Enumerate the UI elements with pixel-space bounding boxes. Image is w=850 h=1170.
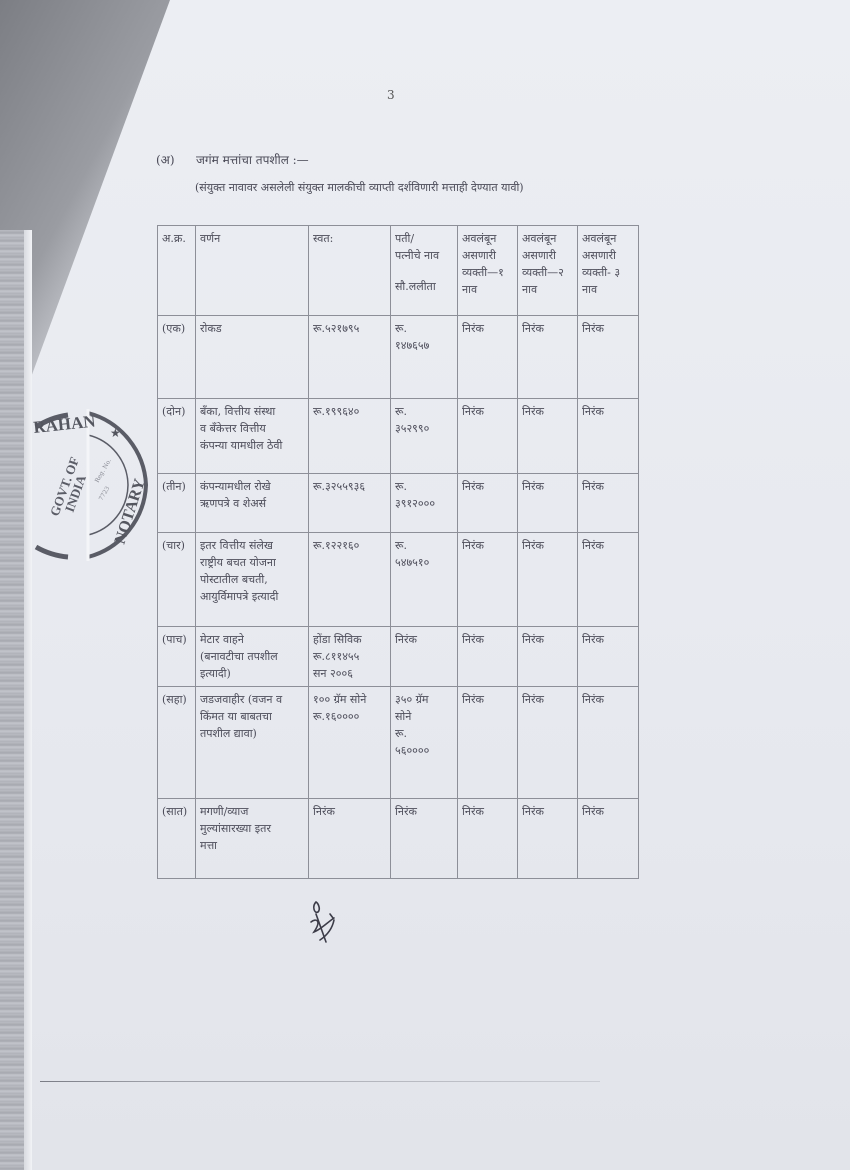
cell-text: सोने bbox=[395, 708, 453, 725]
column-header: अ.क्र. bbox=[158, 226, 196, 316]
cell-text: रू.१२२१६० bbox=[313, 537, 386, 554]
table-cell: रू.१९९६४० bbox=[309, 399, 391, 474]
cell-text: निरंक bbox=[462, 478, 513, 495]
movable-assets-table: अ.क्र.वर्णनस्वत:पती/पत्नीचे नावसौ.ललीताअ… bbox=[157, 225, 639, 879]
cell-text: तपशील द्यावा) bbox=[200, 725, 304, 742]
table-cell: इतर वित्तीय संलेखराष्ट्रीय बचत योजनापोस्… bbox=[196, 533, 309, 627]
column-header-text: असणारी bbox=[462, 247, 513, 264]
cell-text: निरंक bbox=[582, 691, 634, 708]
cell-text: निरंक bbox=[395, 803, 453, 820]
column-header-text bbox=[395, 264, 453, 278]
cell-text: निरंक bbox=[522, 478, 573, 495]
cell-text: ऋणपत्रे व शेअर्स bbox=[200, 495, 304, 512]
table-cell: मेटार वाहने(बनावटीचा तपशीलइत्यादी) bbox=[196, 627, 309, 687]
cell-text: (पाच) bbox=[162, 631, 191, 648]
table-cell: निरंक bbox=[391, 799, 458, 879]
table-cell: जडजवाहीर (वजन वकिंमत या बाबतचातपशील द्या… bbox=[196, 687, 309, 799]
table-cell: ३५० ग्रॅमसोनेरू.५६०००० bbox=[391, 687, 458, 799]
cell-text: निरंक bbox=[462, 803, 513, 820]
column-header-text: अवलंबून bbox=[582, 230, 634, 247]
column-header-text: सौ.ललीता bbox=[395, 278, 453, 295]
table-cell: रू.१४७६५७ bbox=[391, 316, 458, 399]
cell-text: कंपन्यामधील रोखे bbox=[200, 478, 304, 495]
cell-text: रू. bbox=[395, 403, 453, 420]
cell-text: रू. bbox=[395, 537, 453, 554]
cell-text: किंमत या बाबतचा bbox=[200, 708, 304, 725]
table-cell: (एक) bbox=[158, 316, 196, 399]
column-header-text: अ.क्र. bbox=[162, 230, 191, 247]
table-cell: निरंक bbox=[578, 316, 639, 399]
section-title: जगंम मत्तांचा तपशील :— bbox=[196, 153, 309, 167]
table-cell: निरंक bbox=[518, 316, 578, 399]
table-cell: निरंक bbox=[578, 474, 639, 533]
section-note: (संयुक्त नावावर असलेली संयुक्त मालकीची व… bbox=[195, 180, 524, 195]
column-header: स्वत: bbox=[309, 226, 391, 316]
table-row: (सात)मगणी/व्याजमुल्यांसारख्या इतरमत्तानि… bbox=[158, 799, 639, 879]
cell-text: ३५० ग्रॅम bbox=[395, 691, 453, 708]
table-cell: निरंक bbox=[458, 474, 518, 533]
cell-text: ५६०००० bbox=[395, 742, 453, 759]
cell-text: निरंक bbox=[522, 691, 573, 708]
column-header: अवलंबूनअसणारीव्यक्ती—२नाव bbox=[518, 226, 578, 316]
cell-text: आयुर्विमापत्रे इत्यादी bbox=[200, 588, 304, 605]
table-row: (दोन)बँका, वित्तीय संस्थाव बँकेत्तर वित्… bbox=[158, 399, 639, 474]
scanner-edge-strip bbox=[0, 230, 24, 1170]
column-header: वर्णन bbox=[196, 226, 309, 316]
table-cell: निरंक bbox=[309, 799, 391, 879]
column-header-text: व्यक्ती—२ bbox=[522, 264, 573, 281]
table-row: (चार)इतर वित्तीय संलेखराष्ट्रीय बचत योजन… bbox=[158, 533, 639, 627]
table-cell: निरंक bbox=[578, 687, 639, 799]
cell-text: निरंक bbox=[462, 403, 513, 420]
column-header-text: अवलंबून bbox=[462, 230, 513, 247]
table-cell: निरंक bbox=[458, 799, 518, 879]
cell-text: रू.१९९६४० bbox=[313, 403, 386, 420]
cell-text: निरंक bbox=[313, 803, 386, 820]
cell-text: होंडा सिविक bbox=[313, 631, 386, 648]
svg-text:★: ★ bbox=[110, 426, 121, 440]
table-cell: १०० ग्रॅम सोनेरू.१६०००० bbox=[309, 687, 391, 799]
cell-text: निरंक bbox=[522, 403, 573, 420]
cell-text: (चार) bbox=[162, 537, 191, 554]
column-header: अवलंबूनअसणारीव्यक्ती—१नाव bbox=[458, 226, 518, 316]
cell-text: निरंक bbox=[462, 320, 513, 337]
column-header: अवलंबूनअसणारीव्यक्ती- ३नाव bbox=[578, 226, 639, 316]
cell-text: (तीन) bbox=[162, 478, 191, 495]
table-cell: रू.३५२९९० bbox=[391, 399, 458, 474]
faint-scan-line bbox=[40, 1081, 600, 1082]
table-cell: निरंक bbox=[578, 399, 639, 474]
table-cell: निरंक bbox=[458, 533, 518, 627]
table-cell: निरंक bbox=[518, 399, 578, 474]
cell-text: मत्ता bbox=[200, 837, 304, 854]
cell-text: ५४७५१० bbox=[395, 554, 453, 571]
cell-text: निरंक bbox=[582, 537, 634, 554]
cell-text: मगणी/व्याज bbox=[200, 803, 304, 820]
cell-text: रू. bbox=[395, 320, 453, 337]
cell-text: (सहा) bbox=[162, 691, 191, 708]
page-number: 3 bbox=[387, 88, 395, 102]
cell-text: १०० ग्रॅम सोने bbox=[313, 691, 386, 708]
cell-text: निरंक bbox=[462, 631, 513, 648]
table-cell: रू.५२१७९५ bbox=[309, 316, 391, 399]
table-row: (एक)रोकडरू.५२१७९५रू.१४७६५७निरंकनिरंकनिरं… bbox=[158, 316, 639, 399]
cell-text: रू.३२५५९३६ bbox=[313, 478, 386, 495]
column-header-text: असणारी bbox=[582, 247, 634, 264]
table-cell: रू.३२५५९३६ bbox=[309, 474, 391, 533]
cell-text: रू.८११४५५ bbox=[313, 648, 386, 665]
cell-text: निरंक bbox=[522, 537, 573, 554]
cell-text: रू.१६०००० bbox=[313, 708, 386, 725]
table-row: (तीन)कंपन्यामधील रोखेऋणपत्रे व शेअर्सरू.… bbox=[158, 474, 639, 533]
column-header-text: नाव bbox=[522, 281, 573, 298]
cell-text: (दोन) bbox=[162, 403, 191, 420]
cell-text: रू. bbox=[395, 725, 453, 742]
cell-text: मेटार वाहने bbox=[200, 631, 304, 648]
table-cell: निरंक bbox=[518, 687, 578, 799]
table-cell: निरंक bbox=[458, 687, 518, 799]
table-row: (पाच)मेटार वाहने(बनावटीचा तपशीलइत्यादी)ह… bbox=[158, 627, 639, 687]
column-header: पती/पत्नीचे नावसौ.ललीता bbox=[391, 226, 458, 316]
table-cell: रू.३९१२००० bbox=[391, 474, 458, 533]
table-cell: निरंक bbox=[518, 799, 578, 879]
scanner-edge-highlight bbox=[24, 230, 32, 1170]
svg-text:Reg. No.: Reg. No. bbox=[94, 458, 113, 484]
cell-text: निरंक bbox=[582, 803, 634, 820]
table-cell: (चार) bbox=[158, 533, 196, 627]
cell-text: निरंक bbox=[522, 631, 573, 648]
cell-text: निरंक bbox=[462, 691, 513, 708]
cell-text: ३५२९९० bbox=[395, 420, 453, 437]
cell-text: (बनावटीचा तपशील bbox=[200, 648, 304, 665]
cell-text: राष्ट्रीय बचत योजना bbox=[200, 554, 304, 571]
column-header-text: पत्नीचे नाव bbox=[395, 247, 453, 264]
cell-text: इत्यादी) bbox=[200, 665, 304, 682]
table-cell: (पाच) bbox=[158, 627, 196, 687]
table-header-row: अ.क्र.वर्णनस्वत:पती/पत्नीचे नावसौ.ललीताअ… bbox=[158, 226, 639, 316]
cell-text: (एक) bbox=[162, 320, 191, 337]
table-cell: मगणी/व्याजमुल्यांसारख्या इतरमत्ता bbox=[196, 799, 309, 879]
table-cell: निरंक bbox=[391, 627, 458, 687]
column-header-text: नाव bbox=[582, 281, 634, 298]
column-header-text: पती/ bbox=[395, 230, 453, 247]
table-cell: निरंक bbox=[578, 627, 639, 687]
section-heading: (अ)जगंम मत्तांचा तपशील :— bbox=[156, 151, 309, 168]
table-cell: होंडा सिविकरू.८११४५५सन २००६ bbox=[309, 627, 391, 687]
table-cell: बँका, वित्तीय संस्थाव बँकेत्तर वित्तीयकं… bbox=[196, 399, 309, 474]
column-header-text: असणारी bbox=[522, 247, 573, 264]
cell-text: जडजवाहीर (वजन व bbox=[200, 691, 304, 708]
column-header-text: वर्णन bbox=[200, 230, 304, 247]
cell-text: पोस्टातील बचती, bbox=[200, 571, 304, 588]
handwritten-signature-icon bbox=[306, 900, 346, 950]
cell-text: निरंक bbox=[582, 631, 634, 648]
cell-text: निरंक bbox=[522, 320, 573, 337]
table-cell: (दोन) bbox=[158, 399, 196, 474]
cell-text: निरंक bbox=[582, 320, 634, 337]
table-cell: निरंक bbox=[458, 399, 518, 474]
table-cell: निरंक bbox=[578, 799, 639, 879]
table-cell: निरंक bbox=[578, 533, 639, 627]
svg-text:7723: 7723 bbox=[98, 485, 112, 502]
table-cell: निरंक bbox=[458, 627, 518, 687]
cell-text: रू. bbox=[395, 478, 453, 495]
section-label: (अ) bbox=[156, 151, 196, 168]
table-cell: निरंक bbox=[458, 316, 518, 399]
column-header-text: अवलंबून bbox=[522, 230, 573, 247]
cell-text: १४७६५७ bbox=[395, 337, 453, 354]
table-body: (एक)रोकडरू.५२१७९५रू.१४७६५७निरंकनिरंकनिरं… bbox=[158, 316, 639, 879]
cell-text: इतर वित्तीय संलेख bbox=[200, 537, 304, 554]
cell-text: मुल्यांसारख्या इतर bbox=[200, 820, 304, 837]
cell-text: (सात) bbox=[162, 803, 191, 820]
column-header-text: स्वत: bbox=[313, 230, 386, 247]
column-header-text: व्यक्ती—१ bbox=[462, 264, 513, 281]
cell-text: निरंक bbox=[582, 403, 634, 420]
notary-seal-icon: RAHAN GOVT. OF INDIA NOTARY ★ Reg. No. 7… bbox=[28, 405, 148, 565]
cell-text: सन २००६ bbox=[313, 665, 386, 682]
cell-text: निरंक bbox=[522, 803, 573, 820]
table-cell: (तीन) bbox=[158, 474, 196, 533]
cell-text: निरंक bbox=[462, 537, 513, 554]
cell-text: कंपन्या यामधील ठेवी bbox=[200, 437, 304, 454]
table-cell: (सहा) bbox=[158, 687, 196, 799]
table-cell: कंपन्यामधील रोखेऋणपत्रे व शेअर्स bbox=[196, 474, 309, 533]
cell-text: निरंक bbox=[582, 478, 634, 495]
table-cell: निरंक bbox=[518, 533, 578, 627]
cell-text: व बँकेत्तर वित्तीय bbox=[200, 420, 304, 437]
table-cell: निरंक bbox=[518, 627, 578, 687]
column-header-text: व्यक्ती- ३ bbox=[582, 264, 634, 281]
cell-text: रोकड bbox=[200, 320, 304, 337]
table-cell: रू.५४७५१० bbox=[391, 533, 458, 627]
cell-text: बँका, वित्तीय संस्था bbox=[200, 403, 304, 420]
table-cell: निरंक bbox=[518, 474, 578, 533]
svg-text:NOTARY: NOTARY bbox=[112, 476, 148, 546]
cell-text: रू.५२१७९५ bbox=[313, 320, 386, 337]
column-header-text: नाव bbox=[462, 281, 513, 298]
table-cell: रोकड bbox=[196, 316, 309, 399]
table-cell: रू.१२२१६० bbox=[309, 533, 391, 627]
table-cell: (सात) bbox=[158, 799, 196, 879]
cell-text: ३९१२००० bbox=[395, 495, 453, 512]
table-row: (सहा)जडजवाहीर (वजन वकिंमत या बाबतचातपशील… bbox=[158, 687, 639, 799]
cell-text: निरंक bbox=[395, 631, 453, 648]
